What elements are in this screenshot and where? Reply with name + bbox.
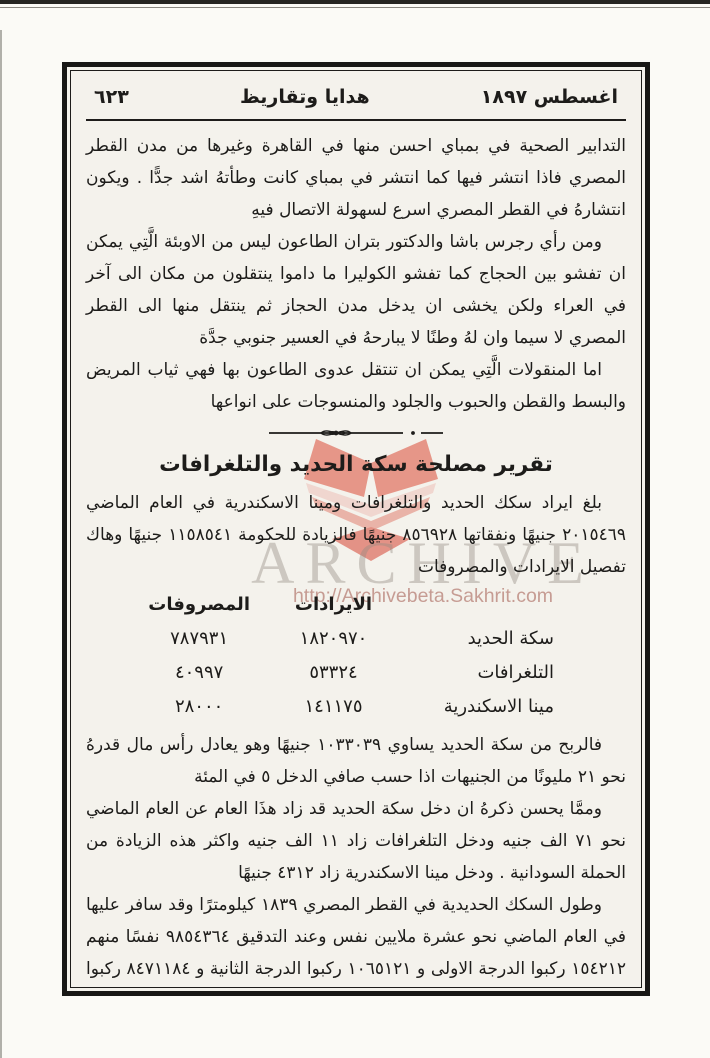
report-body: فالربح من سكة الحديد يساوي ١٠٣٣٠٣٩ جنيهً… [86, 729, 626, 988]
scan-top-edge-thin-line [0, 7, 710, 8]
header-rule [86, 119, 626, 121]
body-paragraph: التدابير الصحية في بمباي احسن منها في ال… [86, 130, 626, 226]
scan-top-edge [0, 0, 710, 4]
body-paragraph: ومن رأي رجرس باشا والدكتور بتران الطاعون… [86, 226, 626, 354]
table-header-row: الايرادات المصروفات [134, 587, 554, 621]
plague-article: التدابير الصحية في بمباي احسن منها في ال… [86, 130, 626, 418]
row-label: التلغرافات [403, 662, 554, 683]
table-row: سكة الحديد ١٨٢٠٩٧٠ ٧٨٧٩٣١ [134, 621, 554, 655]
page-frame: ARCHIVE http://Archivebeta.Sakhrit.com ا… [62, 62, 650, 996]
body-paragraph: بلغ ايراد سكك الحديد والتلغرافات ومينا ا… [86, 487, 626, 583]
expense-header-cell: المصروفات [134, 594, 264, 615]
expense-value: ٢٨٠٠٠ [134, 696, 264, 717]
table-row: مينا الاسكندرية ١٤١١٧٥ ٢٨٠٠٠ [134, 689, 554, 723]
page-header: اغسطس ١٨٩٧ هدايا وتقاريظ ٦٢٣ [86, 75, 626, 119]
table-row: التلغرافات ٥٣٣٢٤ ٤٠٩٩٧ [134, 655, 554, 689]
expense-value: ٧٨٧٩٣١ [134, 628, 264, 649]
issue-date: اغسطس ١٨٩٧ [481, 86, 618, 108]
row-label: مينا الاسكندرية [403, 696, 554, 717]
page-number: ٦٢٣ [94, 86, 129, 108]
expense-value: ٤٠٩٩٧ [134, 662, 264, 683]
body-paragraph: وممَّا يحسن ذكرهُ ان دخل سكة الحديد قد ز… [86, 793, 626, 889]
revenue-value: ١٤١١٧٥ [264, 696, 403, 717]
page-inner-frame: اغسطس ١٨٩٧ هدايا وتقاريظ ٦٢٣ التدابير ال… [70, 70, 642, 988]
report-intro: بلغ ايراد سكك الحديد والتلغرافات ومينا ا… [86, 487, 626, 583]
body-paragraph: وطول السكك الحديدية في القطر المصري ١٨٣٩… [86, 889, 626, 988]
revenue-header-cell: الايرادات [264, 594, 403, 615]
body-paragraph: فالربح من سكة الحديد يساوي ١٠٣٣٠٣٩ جنيهً… [86, 729, 626, 793]
section-divider [86, 420, 626, 446]
section-title: هدايا وتقاريظ [240, 86, 370, 108]
revenue-value: ٥٣٣٢٤ [264, 662, 403, 683]
divider-ornament-icon [263, 425, 449, 441]
revenue-expense-table: الايرادات المصروفات سكة الحديد ١٨٢٠٩٧٠ ٧… [134, 587, 554, 723]
scan-left-edge [0, 30, 2, 1058]
report-heading: تقرير مصلحة سكة الحديد والتلغرافات [86, 452, 626, 477]
row-label: سكة الحديد [403, 628, 554, 649]
body-paragraph: اما المنقولات الَّتِي يمكن ان تنتقل عدوى… [86, 354, 626, 418]
revenue-value: ١٨٢٠٩٧٠ [264, 628, 403, 649]
